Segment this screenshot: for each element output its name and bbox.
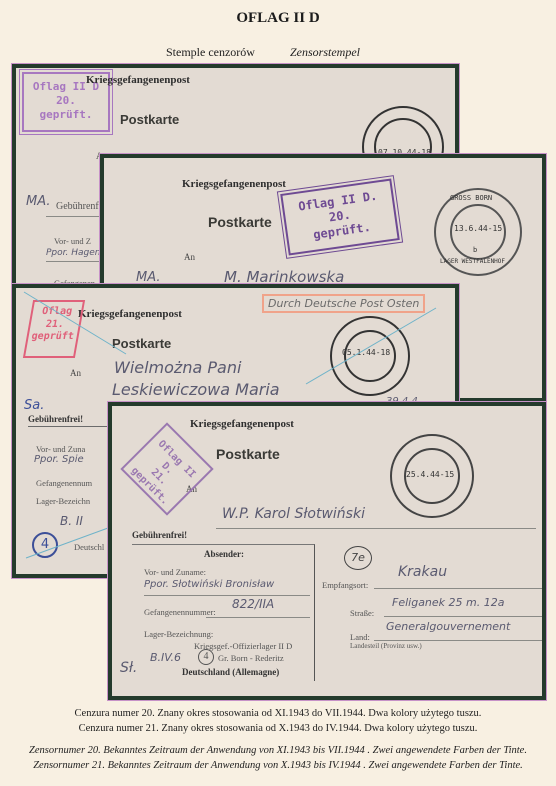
fee-label: Gebührenfrei! bbox=[132, 530, 187, 540]
circled-code: 7e bbox=[344, 546, 372, 570]
card-heading: Kriegsgefangenenpost bbox=[190, 418, 294, 430]
subtitle-german: Zensorstempel bbox=[290, 45, 360, 60]
page-title: OFLAG II D bbox=[0, 10, 556, 27]
postmark: GROSS BORN 13.6.44-15 b LAGER WESTFALENH… bbox=[434, 188, 522, 276]
postmark-town: GROSS BORN bbox=[450, 194, 492, 202]
caption-de-21: Zensornumer 21. Bekanntes Zeitraum der A… bbox=[0, 760, 556, 771]
name-label: Vor- und Zuname: bbox=[144, 567, 206, 577]
country-sub: Landesteil (Provinz usw.) bbox=[350, 642, 422, 650]
caption-pl-21: Cenzura numer 21. Znany okres stosowania… bbox=[0, 723, 556, 734]
sender-box: Absender: Vor- und Zuname: Ppor. Słotwiń… bbox=[132, 544, 315, 681]
card-type: Postkarte bbox=[216, 446, 280, 462]
country-label: Land: bbox=[350, 632, 370, 642]
name-value: Ppor. Słotwiński Bronisław bbox=[144, 579, 274, 590]
stamp-line: 20. bbox=[24, 94, 108, 108]
circled-number: 4 bbox=[198, 649, 214, 665]
card-heading: Kriegsgefangenenpost bbox=[86, 74, 190, 86]
censor-stamp-20: Oflag II D. 20. geprüft. bbox=[280, 179, 400, 256]
card-type: Postkarte bbox=[120, 112, 179, 127]
caption-de-20: Zensornumer 20. Bekanntes Zeitraum der A… bbox=[0, 745, 556, 756]
country-value: Generalgouvernement bbox=[386, 620, 510, 633]
address-label: An bbox=[184, 252, 195, 262]
prisoner-value: 822/IIA bbox=[232, 597, 274, 611]
censor-stamp-21: Oflag II D. 21. geprüft. bbox=[120, 422, 213, 515]
camp-label: Lager-Bezeichnung: bbox=[144, 629, 213, 639]
card-type: Postkarte bbox=[208, 214, 272, 230]
name-label: Vor- und Z bbox=[54, 236, 91, 246]
stamp-line: geprüft. bbox=[24, 108, 108, 122]
subtitle-polish: Stemple cenzorów bbox=[166, 45, 255, 60]
postcard-4: Kriegsgefangenenpost Postkarte An Oflag … bbox=[108, 402, 546, 700]
prisoner-label: Gefangenennummer: bbox=[144, 607, 216, 617]
sender-initials: MA. bbox=[26, 194, 50, 209]
postmark: 25.4.44-15 bbox=[390, 434, 474, 518]
caption-pl-20: Cenzura numer 20. Znany okres stosowania… bbox=[0, 708, 556, 719]
card-heading: Kriegsgefangenenpost bbox=[182, 178, 286, 190]
town: Gr. Born - Rederitz bbox=[218, 653, 284, 663]
postmark-letter: b bbox=[473, 246, 477, 254]
sender-initials: MA. bbox=[136, 270, 160, 285]
dest-value: Krakau bbox=[398, 564, 447, 580]
camp-hand: B.IV.6 bbox=[150, 651, 181, 664]
recipient-name: W.P. Karol Słotwiński bbox=[222, 506, 365, 522]
sender-initials: Sł. bbox=[120, 660, 137, 676]
postmark-date: 25.4.44-15 bbox=[406, 470, 454, 479]
country: Deutschland (Allemagne) bbox=[182, 667, 279, 677]
postmark-date: 13.6.44-15 bbox=[454, 224, 502, 233]
sender-box-title: Absender: bbox=[204, 549, 244, 559]
street-label: Straße: bbox=[350, 608, 374, 618]
street-value: Feliganek 25 m. 12a bbox=[392, 596, 504, 609]
dest-label: Empfangsort: bbox=[322, 580, 368, 590]
postmark-footer: LAGER WESTFALENHOF bbox=[440, 258, 505, 265]
